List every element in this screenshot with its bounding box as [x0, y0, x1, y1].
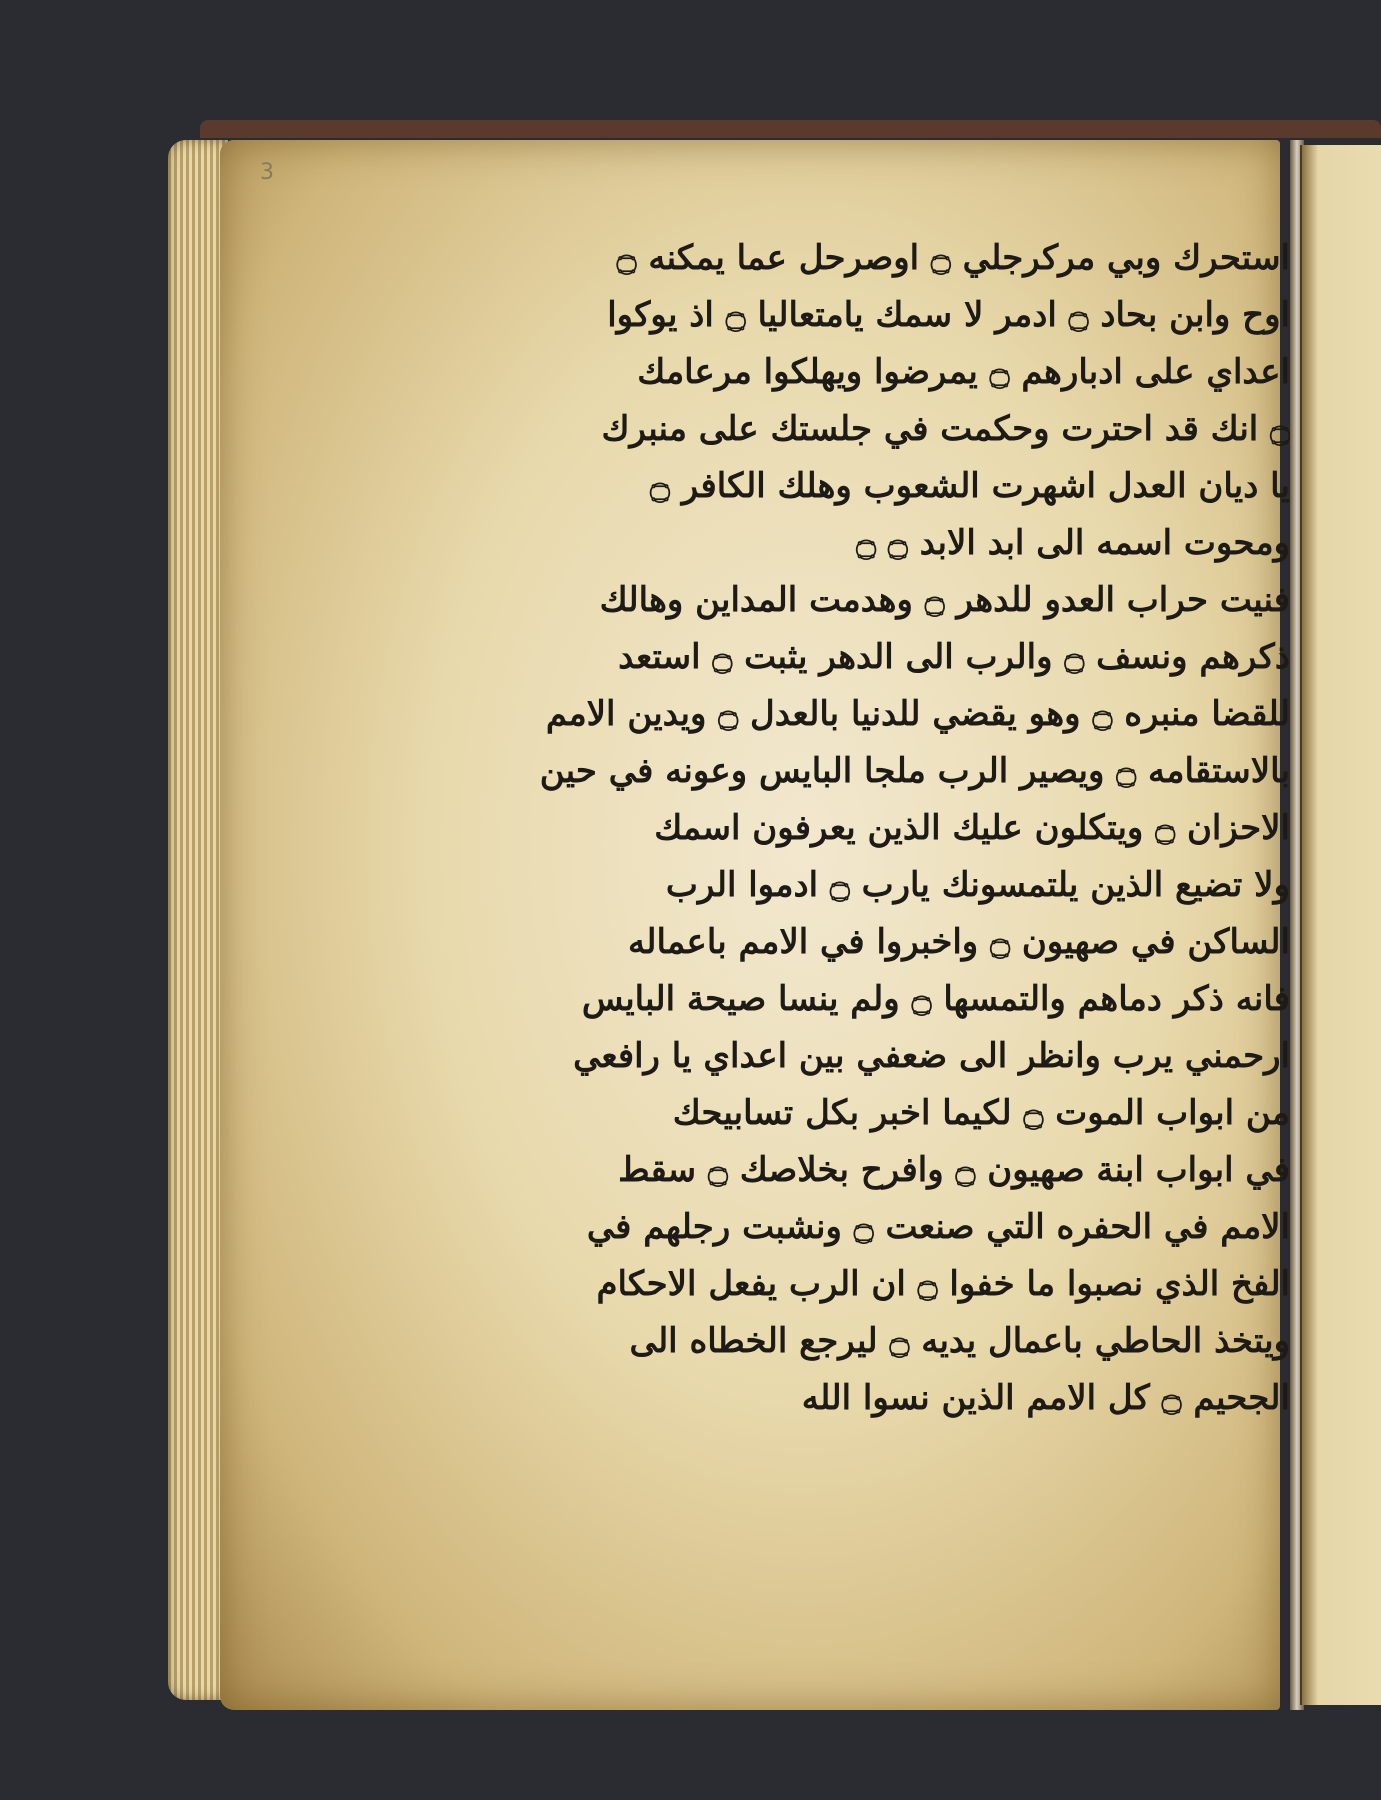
text-line: يا ديان العدل اشهرت الشعوب وهلك الكافر ۝	[300, 458, 1290, 515]
text-line: ۝ انك قد احترت وحكمت في جلستك على منبرك	[300, 401, 1290, 458]
text-line: اعداي على ادبارهم ۝ يمرضوا ويهلكوا مرعام…	[300, 344, 1290, 401]
text-line: الاحزان ۝ ويتكلون عليك الذين يعرفون اسمك	[300, 800, 1290, 857]
text-line: الامم في الحفره التي صنعت ۝ ونشبت رجلهم …	[300, 1199, 1290, 1256]
manuscript-text: استحرك وبي مركرجلي ۝ اوصرحل عما يمكنه ۝ …	[300, 230, 1290, 1427]
text-line: من ابواب الموت ۝ لكيما اخبر بكل تسابيحك	[300, 1085, 1290, 1142]
text-line: بالاستقامه ۝ ويصير الرب ملجا البايس وعون…	[300, 743, 1290, 800]
text-line: اوح وابن بحاد ۝ ادمر لا سمك يامتعاليا ۝ …	[300, 287, 1290, 344]
text-line: ذكرهم ونسف ۝ والرب الى الدهر يثبت ۝ استع…	[300, 629, 1290, 686]
page-edges	[168, 140, 228, 1700]
text-line: فانه ذكر دماهم والتمسها ۝ ولم ينسا صيحة …	[300, 971, 1290, 1028]
text-line: الساكن في صهيون ۝ واخبروا في الامم باعما…	[300, 914, 1290, 971]
text-line: استحرك وبي مركرجلي ۝ اوصرحل عما يمكنه ۝	[300, 230, 1290, 287]
facing-page-edge	[1300, 145, 1381, 1705]
text-line: ارحمني يرب وانظر الى ضعفي بين اعداي يا ر…	[300, 1028, 1290, 1085]
text-line: ولا تضيع الذين يلتمسونك يارب ۝ ادموا الر…	[300, 857, 1290, 914]
text-line: ويتخذ الحاطي باعمال يديه ۝ ليرجع الخطاه …	[300, 1313, 1290, 1370]
text-line: فنيت حراب العدو للدهر ۝ وهدمت المداين وه…	[300, 572, 1290, 629]
text-line: ومحوت اسمه الى ابد الابد ۝ ۝	[300, 515, 1290, 572]
leather-cover-edge	[200, 120, 1381, 138]
text-line: الجحيم ۝ كل الامم الذين نسوا الله	[300, 1370, 1290, 1427]
folio-number: 3	[260, 160, 274, 185]
text-line: للقضا منبره ۝ وهو يقضي للدنيا بالعدل ۝ و…	[300, 686, 1290, 743]
text-line: في ابواب ابنة صهيون ۝ وافرح بخلاصك ۝ سقط	[300, 1142, 1290, 1199]
text-line: الفخ الذي نصبوا ما خفوا ۝ ان الرب يفعل ا…	[300, 1256, 1290, 1313]
